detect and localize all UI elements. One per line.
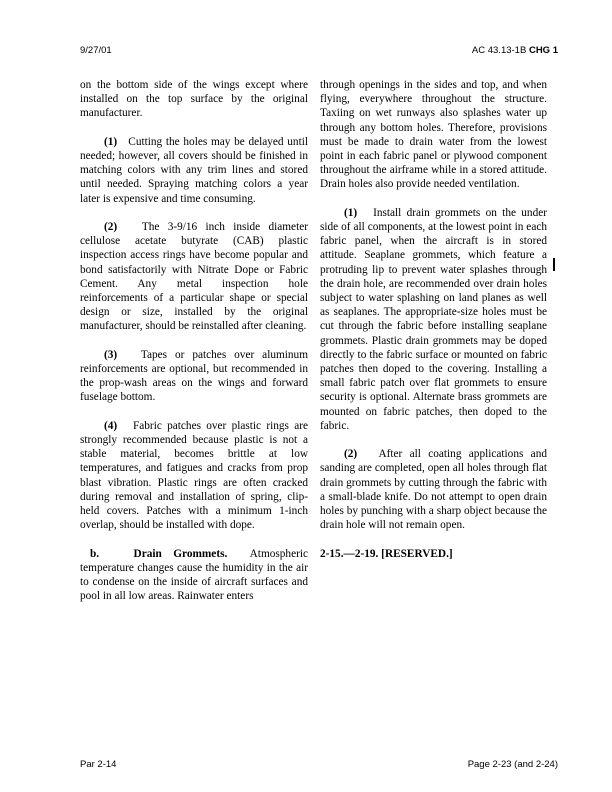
footer-page-number: Page 2-23 (and 2-24) [468, 759, 558, 770]
paragraph-text: Install drain grommets on the under side… [320, 207, 547, 432]
section-title: Drain Grommets. [134, 548, 228, 560]
paragraph-3: (3) Tapes or patches over aluminum reinf… [80, 348, 308, 405]
paragraph-text: The 3-9/16 inch inside diameter cellulos… [80, 221, 308, 332]
section-label: b. [90, 548, 99, 560]
left-column: on the bottom side of the wings except w… [80, 78, 308, 618]
header-date: 9/27/01 [80, 45, 112, 56]
header-doc-id: AC 43.13-1B CHG 1 [472, 45, 558, 56]
doc-id: AC 43.13-1B [472, 45, 526, 56]
paragraph-1: (1) Install drain grommets on the under … [320, 206, 547, 433]
paragraph-number: (2) [104, 221, 117, 233]
change-bar [553, 258, 555, 271]
paragraph-4: (4) Fabric patches over plastic rings ar… [80, 419, 308, 533]
paragraph-text: Fabric patches over plastic rings are st… [80, 420, 308, 531]
reserved-heading: 2-15.—2-19. [RESERVED.] [320, 547, 547, 561]
paragraph-2: (2) The 3-9/16 inch inside diameter cell… [80, 220, 308, 334]
paragraph-continued: through openings in the sides and top, a… [320, 78, 547, 192]
paragraph-text: After all coating applications and sandi… [320, 448, 547, 531]
change-number: CHG 1 [529, 45, 558, 56]
paragraph-number: (4) [104, 420, 117, 432]
paragraph-number: (2) [344, 448, 357, 460]
section-b: b. Drain Grommets. Atmospheric temperatu… [80, 547, 308, 604]
paragraph-number: (1) [344, 207, 357, 219]
paragraph-number: (3) [104, 349, 117, 361]
paragraph-1: (1) Cutting the holes may be delayed unt… [80, 135, 308, 206]
right-column: through openings in the sides and top, a… [320, 78, 547, 575]
footer-paragraph-ref: Par 2-14 [80, 759, 116, 770]
paragraph-continued: on the bottom side of the wings except w… [80, 78, 308, 121]
paragraph-number: (1) [104, 136, 117, 148]
paragraph-2: (2) After all coating applications and s… [320, 447, 547, 532]
